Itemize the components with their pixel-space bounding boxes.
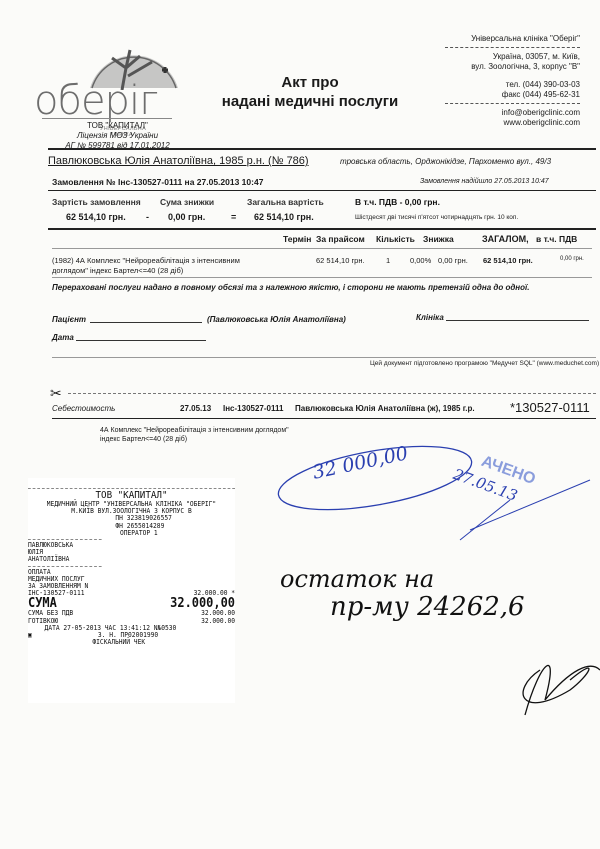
qr-mark-icon: ▣ bbox=[28, 632, 43, 639]
service-name: (1982) 4А Комплекс "Нейрореабілітація з … bbox=[52, 256, 240, 276]
email: info@oberigclinic.com bbox=[430, 108, 580, 118]
equals-sign: = bbox=[231, 212, 236, 222]
service-name-line2: доглядом" індекс Бартел<=40 (28 діб) bbox=[52, 266, 240, 276]
receipt-customer-3: АНАТОЛІЇВНА bbox=[28, 556, 235, 563]
fax: факс (044) 495-62-31 bbox=[430, 90, 580, 100]
stub-desc-line1: 4А Комплекс "Нейрореабілітація з інтенси… bbox=[100, 426, 289, 435]
patient-signature-name: (Павлюковська Юлія Анатоліївна) bbox=[207, 315, 346, 324]
patient-signature-line bbox=[90, 322, 202, 323]
completion-statement: Перераховані послуги надано в повному об… bbox=[52, 283, 529, 292]
service-quantity: 1 bbox=[386, 256, 390, 266]
col-vat: в т.ч. ПДВ bbox=[536, 234, 577, 244]
stub-label: Себестоимость bbox=[52, 404, 115, 413]
phone: тел. (044) 390-03-03 bbox=[430, 80, 580, 90]
stub-desc-line2: індекс Бартел<=40 (28 діб) bbox=[100, 435, 289, 444]
stub-date: 27.05.13 bbox=[180, 404, 211, 413]
total-in-words: Шістдесят дві тисячі п'ятсот чотирнадцят… bbox=[355, 214, 518, 221]
divider bbox=[445, 103, 580, 104]
org-info: ТОВ "КАПИТАЛ" Ліцензія МОЗ України АГ № … bbox=[40, 121, 195, 151]
date-label: Дата bbox=[52, 333, 74, 342]
cut-line bbox=[68, 393, 596, 394]
barcode-text: *130527-0111 bbox=[510, 400, 590, 415]
col-quantity: Кількість bbox=[376, 234, 415, 244]
divider bbox=[52, 418, 596, 419]
address-line2: вул. Зоологічна, 3, корпус "В" bbox=[430, 62, 580, 72]
address-line1: Україна, 03057, м. Київ, bbox=[430, 52, 580, 62]
software-note: Цей документ підготовлено програмою "Мед… bbox=[370, 360, 599, 367]
discount-value: 0,00 грн. bbox=[168, 212, 205, 222]
stub-order: Інс-130527-0111 bbox=[223, 404, 283, 413]
divider bbox=[48, 228, 596, 230]
website: www.oberigclinic.com bbox=[430, 118, 580, 128]
logo-divider bbox=[42, 118, 172, 119]
discount-label: Сума знижки bbox=[160, 197, 214, 207]
handwritten-remainder-line1: остаток на bbox=[280, 565, 434, 593]
handwritten-remainder-line2: пр-му 24262,6 bbox=[330, 592, 525, 622]
receipt-operator: ОПЕРАТОР 1 bbox=[28, 530, 235, 537]
patient-name: Павлюковська Юлія Анатоліївна, 1985 р.н.… bbox=[48, 155, 309, 167]
fiscal-receipt: ТОВ "КАПИТАЛ" МЕДИЧНИЙ ЦЕНТР "УНІВЕРСАЛЬ… bbox=[28, 478, 235, 703]
date-line bbox=[76, 340, 206, 341]
receipt-customer-1: ПАВЛЮКОВСЬКА bbox=[28, 542, 235, 549]
clinic-logo: oберіг УНІВЕРСАЛЬНА КЛІНІКА bbox=[22, 40, 182, 130]
clinic-signature-label: Клініка bbox=[416, 313, 444, 322]
service-vat: 0,00 грн. bbox=[560, 254, 584, 264]
order-number: Замовлення № Інс-130527-0111 на 27.05.20… bbox=[52, 177, 263, 187]
receipt-fiscal: ФІСКАЛЬНИЙ ЧЕК bbox=[28, 639, 235, 646]
divider bbox=[52, 248, 592, 249]
stub-description: 4А Комплекс "Нейрореабілітація з інтенси… bbox=[100, 426, 289, 444]
service-discount-pct: 0,00% bbox=[410, 256, 431, 266]
divider bbox=[445, 47, 580, 48]
license-label: Ліцензія МОЗ України bbox=[40, 131, 195, 141]
org-name: ТОВ "КАПИТАЛ" bbox=[40, 121, 195, 131]
col-discount: Знижка bbox=[423, 234, 454, 244]
total-value: 62 514,10 грн. bbox=[254, 212, 314, 222]
divider bbox=[52, 277, 592, 278]
stub-patient: Павлюковська Юлія Анатоліївна (ж), 1985 … bbox=[295, 404, 475, 413]
document-title: Акт про надані медичні послуги bbox=[200, 73, 420, 111]
clinic-contact: Універсальна клініка "Оберіг" Україна, 0… bbox=[430, 34, 580, 128]
service-discount-sum: 0,00 грн. bbox=[438, 256, 468, 266]
patient-signature-label: Пацієнт bbox=[52, 315, 86, 324]
patient-address: тровська область, Орджонікідзе, Пархомен… bbox=[340, 157, 551, 166]
col-price: За прайсом bbox=[316, 234, 365, 244]
title-line2: надані медичні послуги bbox=[200, 92, 420, 111]
scissors-icon: ✂ bbox=[50, 385, 62, 402]
total-label: Загальна вартість bbox=[247, 197, 324, 207]
clinic-signature-line bbox=[446, 320, 589, 321]
vat-label: В т.ч. ПДВ - 0,00 грн. bbox=[355, 197, 440, 207]
order-cost-value: 62 514,10 грн. bbox=[66, 212, 126, 222]
clinic-name: Універсальна клініка "Оберіг" bbox=[430, 34, 580, 44]
col-term: Термін bbox=[283, 234, 311, 244]
minus-sign: - bbox=[146, 212, 149, 222]
receipt-cash-value: 32.000.00 bbox=[201, 618, 235, 625]
service-price: 62 514,10 грн. bbox=[316, 256, 365, 266]
order-arrived: Замовлення надійшло 27.05.2013 10:47 bbox=[420, 178, 549, 185]
service-name-line1: (1982) 4А Комплекс "Нейрореабілітація з … bbox=[52, 256, 240, 266]
service-total: 62 514,10 грн. bbox=[483, 256, 533, 266]
divider bbox=[48, 190, 596, 191]
divider bbox=[52, 357, 596, 358]
title-line1: Акт про bbox=[200, 73, 420, 92]
order-cost-label: Зартість замовлення bbox=[52, 197, 141, 207]
divider bbox=[48, 148, 596, 150]
col-total: ЗАГАЛОМ, bbox=[482, 234, 529, 244]
